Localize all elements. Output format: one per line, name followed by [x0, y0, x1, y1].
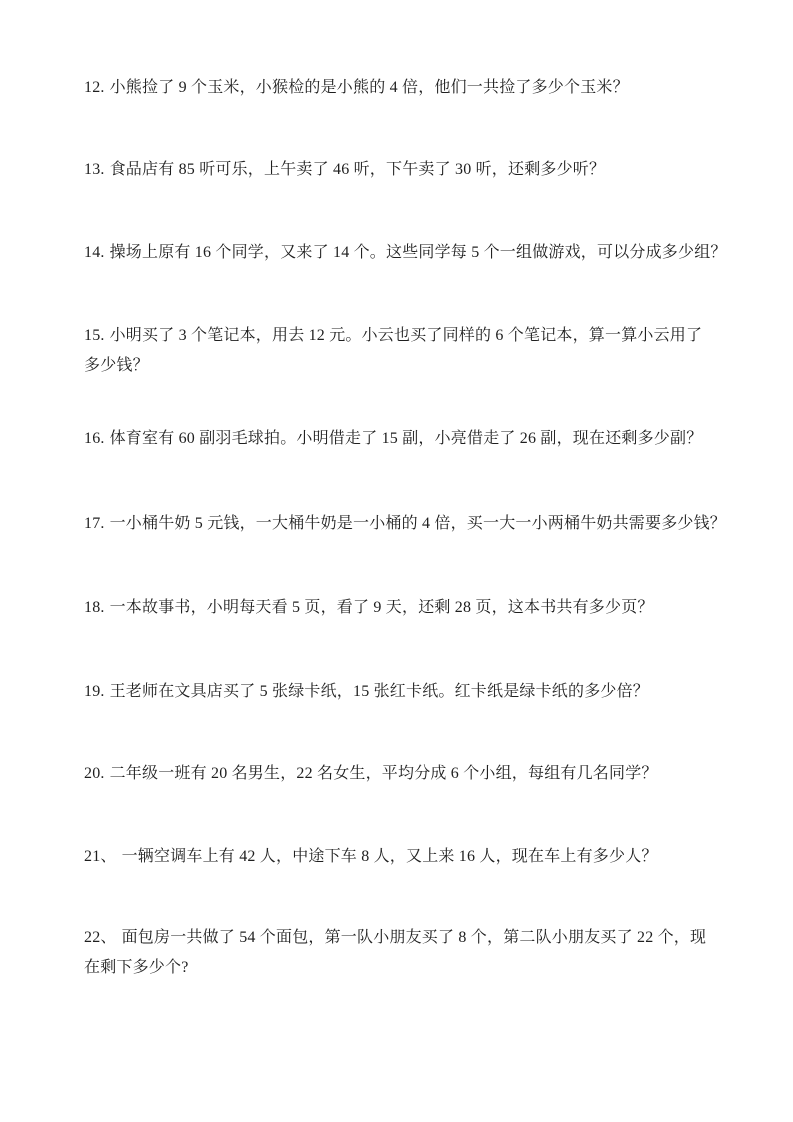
question-17: 17.一小桶牛奶 5 元钱，一大桶牛奶是一小桶的 4 倍，买一大一小两桶牛奶共需… [84, 509, 716, 539]
question-text: 体育室有 60 副羽毛球拍。小明借走了 15 副，小亮借走了 26 副，现在还剩… [110, 430, 703, 447]
question-text: 操场上原有 16 个同学，又来了 14 个。这些同学每 5 个一组做游戏，可以分… [110, 244, 727, 261]
question-number: 14. [84, 244, 105, 261]
question-18: 18.一本故事书，小明每天看 5 页，看了 9 天，还剩 28 页，这本书共有多… [84, 593, 716, 623]
question-number: 16. [84, 430, 105, 447]
question-14: 14.操场上原有 16 个同学，又来了 14 个。这些同学每 5 个一组做游戏，… [84, 238, 716, 268]
question-number: 13. [84, 161, 105, 178]
question-number: 22、 [84, 929, 117, 946]
question-number: 15. [84, 327, 105, 344]
question-text: 面包房一共做了 54 个面包，第一队小朋友买了 8 个，第二队小朋友买了 22 … [84, 929, 706, 976]
question-13: 13.食品店有 85 听可乐，上午卖了 46 听，下午卖了 30 听，还剩多少听… [84, 155, 716, 185]
question-22: 22、面包房一共做了 54 个面包，第一队小朋友买了 8 个，第二队小朋友买了 … [84, 923, 716, 983]
question-text: 小明买了 3 个笔记本，用去 12 元。小云也买了同样的 6 个笔记本，算一算小… [84, 327, 702, 374]
question-text: 王老师在文具店买了 5 张绿卡纸，15 张红卡纸。红卡纸是绿卡纸的多少倍？ [110, 683, 649, 700]
question-number: 19. [84, 683, 105, 700]
question-text: 一辆空调车上有 42 人，中途下车 8 人，又上来 16 人，现在车上有多少人？ [122, 848, 658, 865]
question-text: 二年级一班有 20 名男生，22 名女生，平均分成 6 个小组，每组有几名同学？ [110, 765, 658, 782]
question-number: 18. [84, 599, 105, 616]
question-16: 16.体育室有 60 副羽毛球拍。小明借走了 15 副，小亮借走了 26 副，现… [84, 424, 716, 454]
worksheet-page: 12.小熊捡了 9 个玉米，小猴检的是小熊的 4 倍，他们一共捡了多少个玉米？ … [0, 0, 793, 1122]
question-number: 20. [84, 765, 105, 782]
question-21: 21、一辆空调车上有 42 人，中途下车 8 人，又上来 16 人，现在车上有多… [84, 842, 716, 872]
question-number: 21、 [84, 848, 117, 865]
question-number: 12. [84, 79, 105, 96]
question-12: 12.小熊捡了 9 个玉米，小猴检的是小熊的 4 倍，他们一共捡了多少个玉米？ [84, 73, 716, 103]
question-text: 一本故事书，小明每天看 5 页，看了 9 天，还剩 28 页，这本书共有多少页？ [110, 599, 654, 616]
question-19: 19.王老师在文具店买了 5 张绿卡纸，15 张红卡纸。红卡纸是绿卡纸的多少倍？ [84, 677, 716, 707]
question-text: 小熊捡了 9 个玉米，小猴检的是小熊的 4 倍，他们一共捡了多少个玉米？ [110, 79, 629, 96]
question-text: 食品店有 85 听可乐，上午卖了 46 听，下午卖了 30 听，还剩多少听？ [110, 161, 606, 178]
question-number: 17. [84, 515, 105, 532]
question-20: 20.二年级一班有 20 名男生，22 名女生，平均分成 6 个小组，每组有几名… [84, 759, 716, 789]
question-text: 一小桶牛奶 5 元钱，一大桶牛奶是一小桶的 4 倍，买一大一小两桶牛奶共需要多少… [110, 515, 726, 532]
question-15: 15.小明买了 3 个笔记本，用去 12 元。小云也买了同样的 6 个笔记本，算… [84, 321, 716, 381]
